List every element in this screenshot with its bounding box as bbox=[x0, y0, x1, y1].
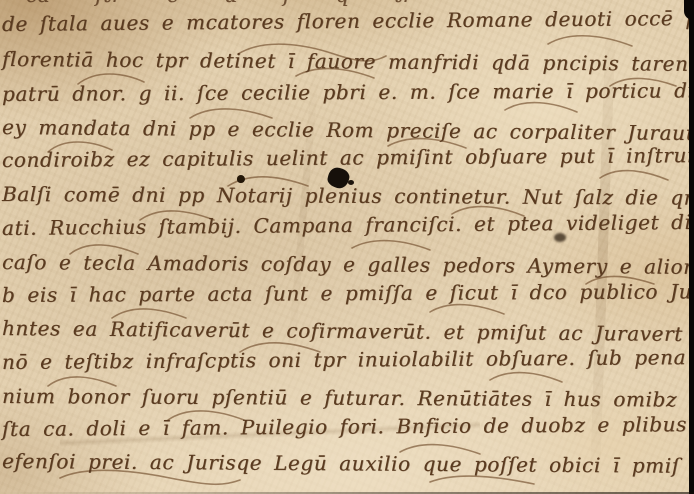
ink-dot bbox=[237, 175, 245, 183]
manuscript-line: ſta ca. doli e ī fam. Puilegio fori. Bnf… bbox=[2, 412, 694, 441]
manuscript-line: b eis ī hac parte acta ſunt e pmiſſa e ſ… bbox=[2, 279, 694, 307]
manuscript-line: nium bonor ſuoru pſentiū e futurar. Renū… bbox=[2, 384, 694, 412]
photo-top-right-corner bbox=[684, 0, 694, 20]
manuscript-line: Balſi comē dni pp Notarij plenius contin… bbox=[2, 182, 694, 210]
manuscript-line: nō e teſtibz infraſcptis oni tpr inuiola… bbox=[2, 345, 694, 374]
photo-right-edge bbox=[689, 0, 694, 494]
manuscript-photo: ca ſtr ē u ſ q tr de ſtala aues e mcator… bbox=[0, 0, 694, 494]
manuscript-line: patrū dnor. g ii. ſce cecilie pbri e. m.… bbox=[2, 78, 694, 106]
ink-smudge bbox=[554, 233, 566, 242]
manuscript-line: condiroibz ez capitulis uelint ac pmiſin… bbox=[2, 143, 694, 172]
ink-hole-tail bbox=[348, 180, 354, 185]
